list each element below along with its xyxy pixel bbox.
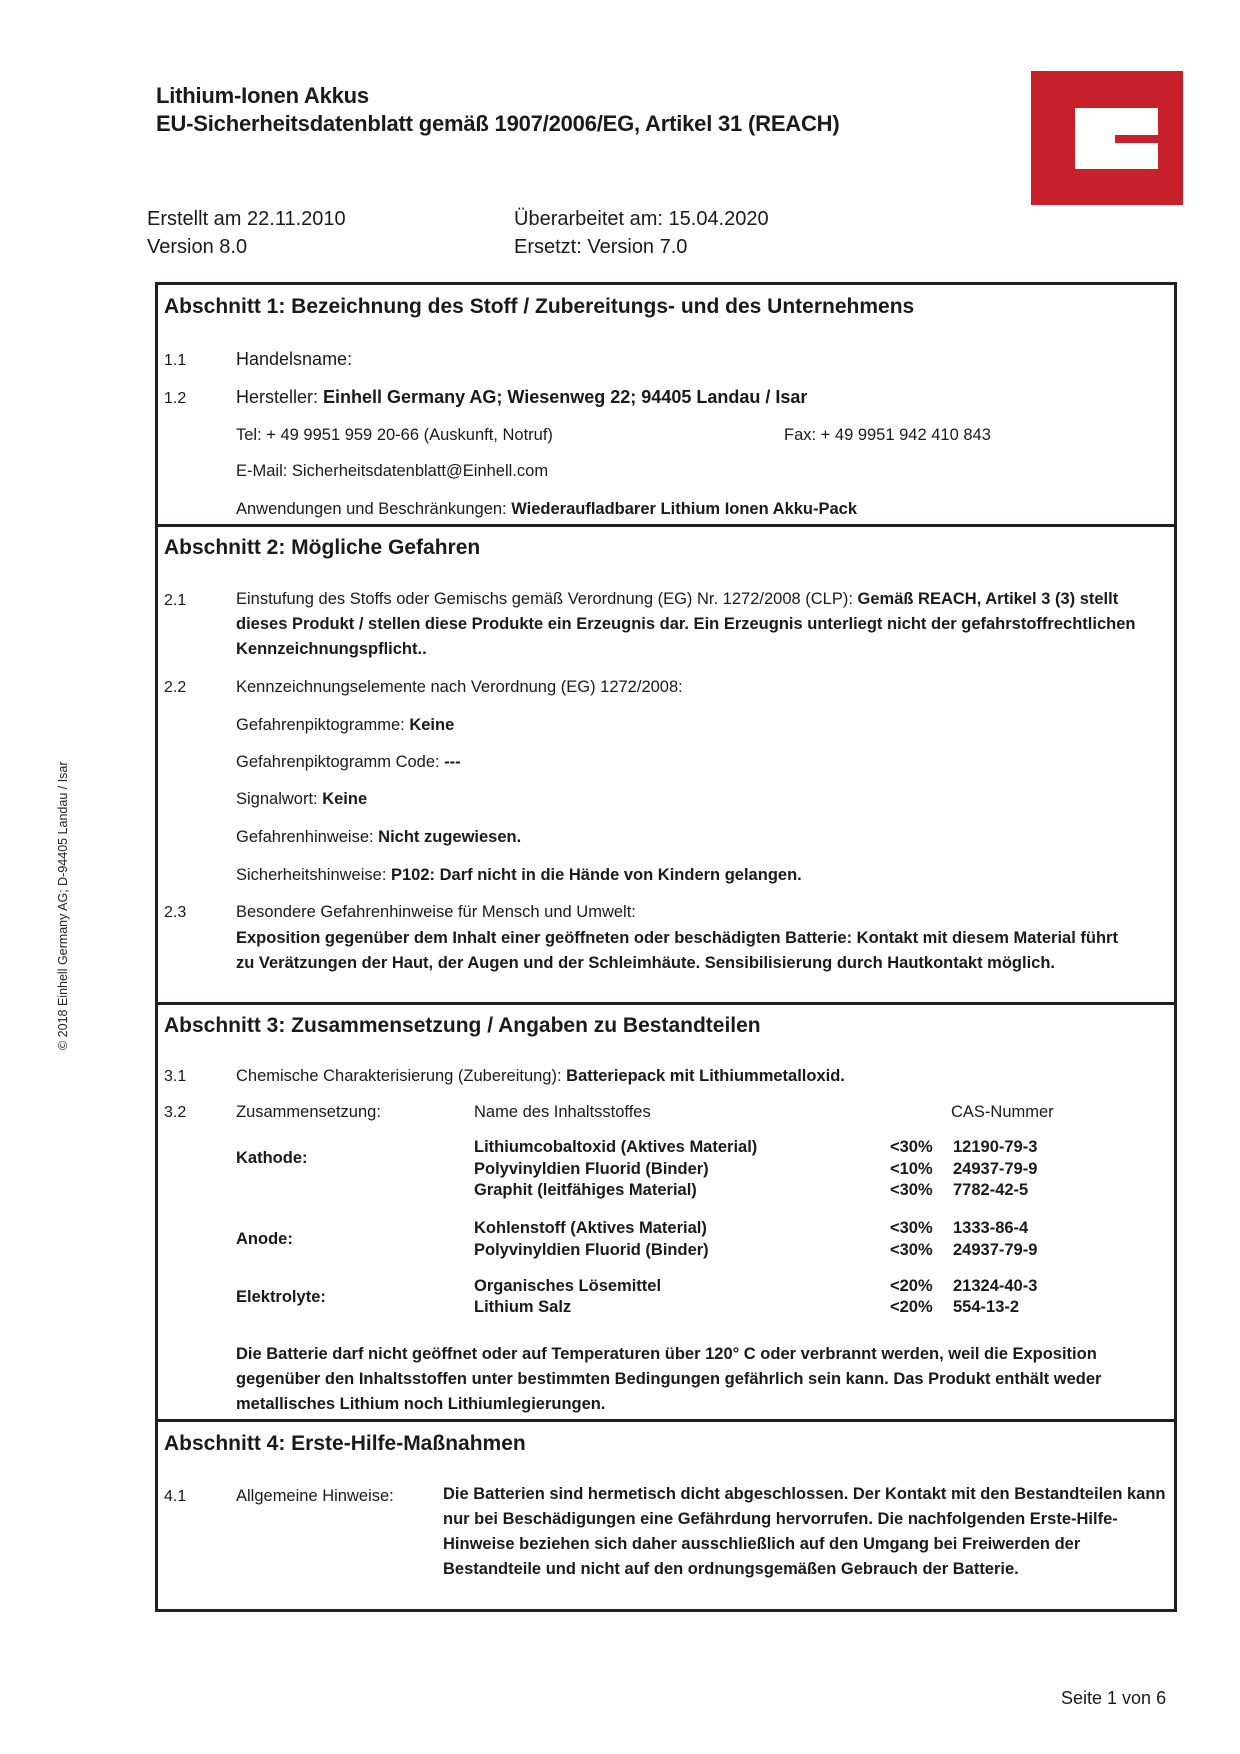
einhell-logo-icon xyxy=(1031,71,1183,205)
ingredient-name: Kohlenstoff (Aktives Material) xyxy=(474,1219,707,1238)
special-hazards-value: Exposition gegenüber dem Inhalt einer ge… xyxy=(236,926,1136,976)
composition-note: Die Batterie darf nicht geöffnet oder au… xyxy=(236,1342,1136,1417)
document-title: Lithium-Ionen Akkus xyxy=(156,83,369,109)
use-value: Wiederaufladbarer Lithium Ionen Akku-Pac… xyxy=(511,500,857,518)
ingredient-name: Polyvinyldien Fluorid (Binder) xyxy=(474,1241,709,1260)
pictogram-code: Gefahrenpiktogramm Code: --- xyxy=(236,753,461,772)
group-label: Elektrolyte: xyxy=(236,1288,326,1307)
ingredient-name: Graphit (leitfähiges Material) xyxy=(474,1181,697,1200)
section-divider xyxy=(155,524,1177,527)
item-number: 4.1 xyxy=(164,1488,186,1506)
hazard-statements: Gefahrenhinweise: Nicht zugewiesen. xyxy=(236,828,521,847)
column-header-name: Name des Inhaltsstoffes xyxy=(474,1103,651,1122)
ingredient-name: Lithium Salz xyxy=(474,1298,571,1317)
ingredient-percent: <30% xyxy=(890,1219,933,1238)
ingredient-cas: 21324-40-3 xyxy=(953,1277,1037,1296)
group-label: Anode: xyxy=(236,1230,293,1249)
ingredient-percent: <30% xyxy=(890,1138,933,1157)
ingredient-percent: <20% xyxy=(890,1298,933,1317)
ingredient-name: Organisches Lösemittel xyxy=(474,1277,661,1296)
ingredient-cas: 24937-79-9 xyxy=(953,1160,1037,1179)
telephone: Tel: + 49 9951 959 20-66 (Auskunft, Notr… xyxy=(236,426,553,445)
composition-label: Zusammensetzung: xyxy=(236,1103,381,1122)
precautionary-statements: Sicherheitshinweise: P102: Darf nicht in… xyxy=(236,866,802,885)
section-2-heading: Abschnitt 2: Mögliche Gefahren xyxy=(164,536,480,560)
ingredient-percent: <30% xyxy=(890,1241,933,1260)
use-restrictions: Anwendungen und Beschränkungen: Wiederau… xyxy=(236,500,857,519)
email: E-Mail: Sicherheitsdatenblatt@Einhell.co… xyxy=(236,462,548,481)
manufacturer: Hersteller: Einhell Germany AG; Wiesenwe… xyxy=(236,387,807,408)
use-label: Anwendungen und Beschränkungen: xyxy=(236,500,511,518)
item-number: 3.1 xyxy=(164,1068,186,1086)
classification-label: Einstufung des Stoffs oder Gemischs gemä… xyxy=(236,590,858,608)
item-number: 2.2 xyxy=(164,679,186,697)
hazard-pictograms: Gefahrenpiktogramme: Keine xyxy=(236,716,454,735)
ingredient-percent: <10% xyxy=(890,1160,933,1179)
chemical-characterization: Chemische Charakterisierung (Zubereitung… xyxy=(236,1067,845,1086)
revised-date: Überarbeitet am: 15.04.2020 xyxy=(514,208,769,231)
ingredient-name: Lithiumcobaltoxid (Aktives Material) xyxy=(474,1138,757,1157)
ingredient-percent: <20% xyxy=(890,1277,933,1296)
created-date: Erstellt am 22.11.2010 xyxy=(147,208,346,231)
fax: Fax: + 49 9951 942 410 843 xyxy=(784,426,991,445)
ingredient-cas: 12190-79-3 xyxy=(953,1138,1037,1157)
item-number: 1.1 xyxy=(164,352,186,370)
side-copyright: © 2018 Einhell Germany AG; D-94405 Landa… xyxy=(56,761,70,1050)
general-notes-value: Die Batterien sind hermetisch dicht abge… xyxy=(443,1482,1173,1582)
item-number: 3.2 xyxy=(164,1104,186,1122)
ingredient-cas: 554-13-2 xyxy=(953,1298,1019,1317)
page-number: Seite 1 von 6 xyxy=(1061,1688,1166,1709)
document-subtitle: EU-Sicherheitsdatenblatt gemäß 1907/2006… xyxy=(156,111,839,137)
manufacturer-value: Einhell Germany AG; Wiesenweg 22; 94405 … xyxy=(323,387,807,407)
section-4-heading: Abschnitt 4: Erste-Hilfe-Maßnahmen xyxy=(164,1432,526,1456)
section-3-heading: Abschnitt 3: Zusammensetzung / Angaben z… xyxy=(164,1014,761,1038)
column-header-cas: CAS-Nummer xyxy=(951,1103,1054,1122)
manufacturer-label: Hersteller: xyxy=(236,387,323,407)
section-divider xyxy=(155,1419,1177,1422)
version: Version 8.0 xyxy=(147,236,247,259)
item-number: 2.3 xyxy=(164,904,186,922)
label-elements-heading: Kennzeichnungselemente nach Verordnung (… xyxy=(236,678,683,697)
general-notes-label: Allgemeine Hinweise: xyxy=(236,1487,394,1506)
group-label: Kathode: xyxy=(236,1149,308,1168)
item-number: 1.2 xyxy=(164,390,186,408)
item-number: 2.1 xyxy=(164,592,186,610)
classification: Einstufung des Stoffs oder Gemischs gemä… xyxy=(236,587,1166,662)
ingredient-cas: 24937-79-9 xyxy=(953,1241,1037,1260)
ingredient-percent: <30% xyxy=(890,1181,933,1200)
signal-word: Signalwort: Keine xyxy=(236,790,367,809)
ingredient-cas: 1333-86-4 xyxy=(953,1219,1028,1238)
section-divider xyxy=(155,1002,1177,1005)
trade-name-label: Handelsname: xyxy=(236,349,352,370)
ingredient-name: Polyvinyldien Fluorid (Binder) xyxy=(474,1160,709,1179)
special-hazards-label: Besondere Gefahrenhinweise für Mensch un… xyxy=(236,903,636,922)
replaces-version: Ersetzt: Version 7.0 xyxy=(514,236,687,259)
ingredient-cas: 7782-42-5 xyxy=(953,1181,1028,1200)
section-1-heading: Abschnitt 1: Bezeichnung des Stoff / Zub… xyxy=(164,295,914,319)
